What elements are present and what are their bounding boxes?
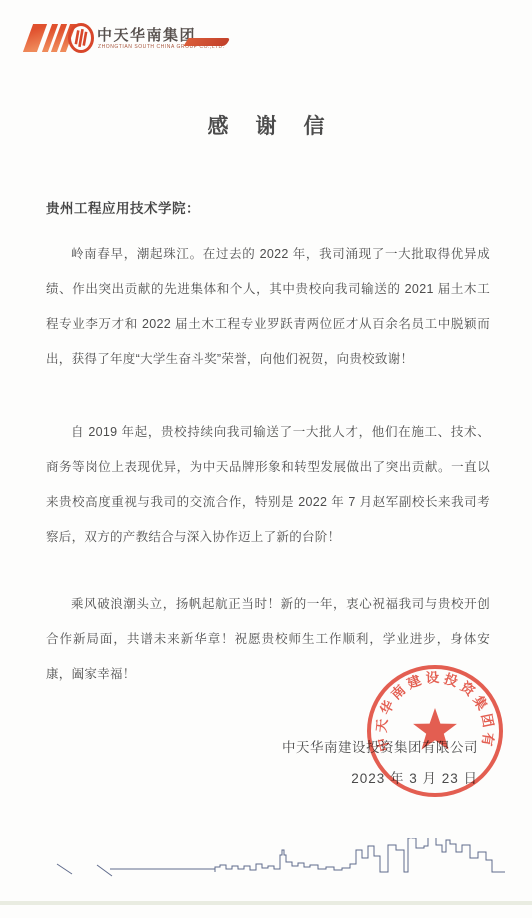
paragraph-3: 乘风破浪潮头立，扬帆起航正当时！新的一年，衷心祝福我司与贵校开创合作新局面，共谱… bbox=[46, 587, 490, 692]
letter-page: 中天华南集团 ZHONGTIAN SOUTH CHINA GROUP CO.,L… bbox=[0, 0, 532, 918]
signature-date: 2023 年 3 月 23 日 bbox=[351, 767, 478, 787]
signature-company: 中天华南建设投资集团有限公司 bbox=[282, 736, 478, 756]
paragraph-2: 自 2019 年起，贵校持续向我司输送了一大批人才，他们在施工、技术、商务等岗位… bbox=[46, 415, 490, 555]
logo-stripes-icon bbox=[26, 24, 70, 52]
brand-accent-bar bbox=[184, 38, 231, 46]
logo-circle-icon bbox=[67, 22, 95, 54]
salutation: 贵州工程应用技术学院： bbox=[46, 197, 200, 217]
paragraph-1: 岭南春早，潮起珠江。在过去的 2022 年，我司涌现了一大批取得优异成绩、作出突… bbox=[46, 237, 490, 377]
letter-title: 感谢信 bbox=[0, 110, 532, 140]
city-skyline-graphic bbox=[0, 838, 532, 890]
page-edge-line bbox=[0, 901, 532, 905]
brand-name: 中天华南集团 bbox=[97, 24, 196, 45]
